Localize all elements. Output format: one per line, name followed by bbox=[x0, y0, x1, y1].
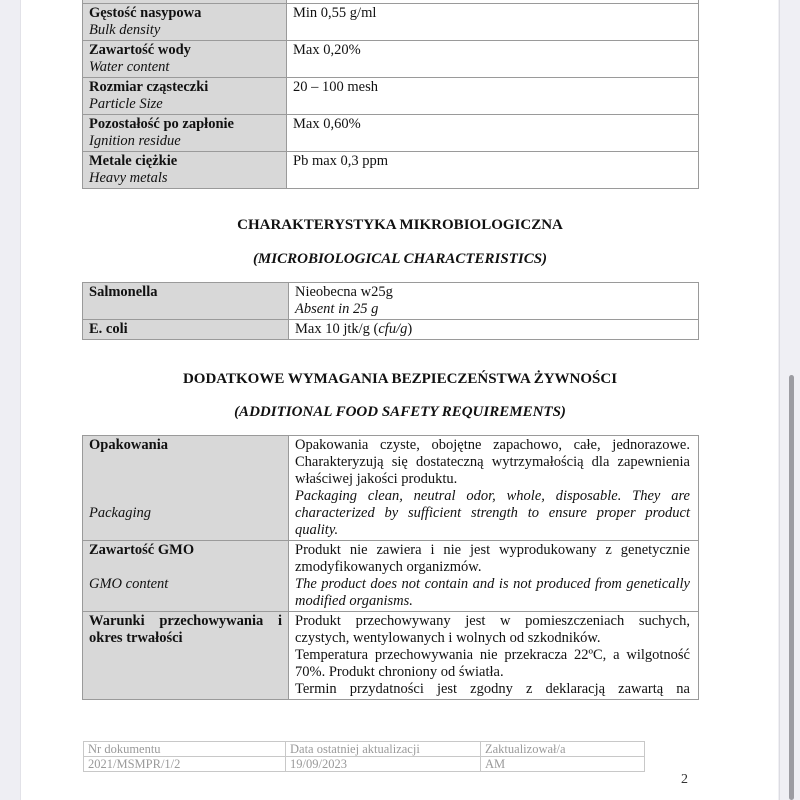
table-row: Metale ciężkie Heavy metals Pb max 0,3 p… bbox=[83, 152, 699, 189]
organism-value-close: ) bbox=[407, 321, 412, 337]
requirement-text-pl-2: Temperatura przechowywania nie przekracz… bbox=[295, 647, 690, 681]
requirement-text-en: Packaging clean, neutral odor, whole, di… bbox=[295, 488, 690, 539]
table-row: E. coli Max 10 jtk/g (cfu/g) bbox=[83, 320, 699, 340]
document-footer-table: Nr dokumentu Data ostatniej aktualizacji… bbox=[83, 741, 645, 772]
organism-value-en: Absent in 25 g bbox=[295, 301, 692, 318]
table-row: Zawartość GMO GMO content Produkt nie za… bbox=[83, 541, 699, 612]
requirement-name-pl: Warunki przechowywania i okres trwałości bbox=[89, 613, 282, 647]
microbiological-table: Salmonella Nieobecna w25g Absent in 25 g… bbox=[82, 282, 699, 340]
property-value: Min 0,55 g/ml bbox=[287, 4, 699, 41]
viewer-left-gutter bbox=[0, 0, 21, 800]
property-label-cell: Pozostałość po zapłonie Ignition residue bbox=[83, 115, 287, 152]
footer-header-doc-number: Nr dokumentu bbox=[84, 742, 286, 757]
requirement-text-cell: Produkt nie zawiera i nie jest wyproduko… bbox=[289, 541, 699, 612]
property-name-pl: Zawartość wody bbox=[89, 42, 280, 59]
requirement-text-cell: Produkt przechowywany jest w pomieszczen… bbox=[289, 612, 699, 700]
table-row: Salmonella Nieobecna w25g Absent in 25 g bbox=[83, 283, 699, 320]
property-name-pl: Rozmiar cząsteczki bbox=[89, 79, 280, 96]
requirement-name-pl: Zawartość GMO bbox=[89, 542, 282, 559]
requirement-text-en: The product does not contain and is not … bbox=[295, 576, 690, 610]
footer-header-last-update: Data ostatniej aktualizacji bbox=[286, 742, 481, 757]
requirement-label-cell: Zawartość GMO GMO content bbox=[83, 541, 289, 612]
property-name-en: Water content bbox=[89, 59, 280, 76]
microbiological-heading: CHARAKTERYSTYKA MIKROBIOLOGICZNA bbox=[0, 217, 800, 234]
vertical-scrollbar-thumb[interactable] bbox=[789, 375, 794, 800]
property-label-cell: Metale ciężkie Heavy metals bbox=[83, 152, 287, 189]
food-safety-table: Opakowania Packaging Opakowania czyste, … bbox=[82, 435, 699, 700]
organism-label: Salmonella bbox=[83, 283, 289, 320]
table-row: Gęstość nasypowa Bulk density Min 0,55 g… bbox=[83, 4, 699, 41]
property-name-en: Ignition residue bbox=[89, 133, 280, 150]
table-row: Zawartość wody Water content Max 0,20% bbox=[83, 41, 699, 78]
table-row: Rozmiar cząsteczki Particle Size 20 – 10… bbox=[83, 78, 699, 115]
requirement-text-pl: Produkt nie zawiera i nie jest wyproduko… bbox=[295, 542, 690, 576]
footer-updated-by: AM bbox=[481, 757, 645, 772]
table-row: Opakowania Packaging Opakowania czyste, … bbox=[83, 436, 699, 541]
requirement-name-en: GMO content bbox=[89, 576, 282, 593]
property-value: Pb max 0,3 ppm bbox=[287, 152, 699, 189]
property-name-pl: Gęstość nasypowa bbox=[89, 5, 280, 22]
requirement-text-cell: Opakowania czyste, obojętne zapachowo, c… bbox=[289, 436, 699, 541]
organism-value-unit-en: cfu/g bbox=[378, 321, 407, 337]
property-name-en: Heavy metals bbox=[89, 170, 280, 187]
property-label-cell: Gęstość nasypowa Bulk density bbox=[83, 4, 287, 41]
organism-value-pl: Nieobecna w25g bbox=[295, 284, 692, 301]
property-name-pl: Metale ciężkie bbox=[89, 153, 280, 170]
footer-header-updated-by: Zaktualizował/a bbox=[481, 742, 645, 757]
organism-value-cell: Nieobecna w25g Absent in 25 g bbox=[289, 283, 699, 320]
property-label-cell: Zawartość wody Water content bbox=[83, 41, 287, 78]
food-safety-subheading: (ADDITIONAL FOOD SAFETY REQUIREMENTS) bbox=[0, 404, 800, 421]
organism-label: E. coli bbox=[83, 320, 289, 340]
organism-value-cell: Max 10 jtk/g (cfu/g) bbox=[289, 320, 699, 340]
footer-value-row: 2021/MSMPR/1/2 19/09/2023 AM bbox=[84, 757, 645, 772]
page-number: 2 bbox=[681, 772, 688, 788]
requirement-name-en: Packaging bbox=[89, 505, 282, 522]
property-name-en: Bulk density bbox=[89, 22, 280, 39]
property-value: 20 – 100 mesh bbox=[287, 78, 699, 115]
property-name-en: Particle Size bbox=[89, 96, 280, 113]
property-name-pl: Pozostałość po zapłonie bbox=[89, 116, 280, 133]
requirement-text-pl-3: Termin przydatności jest zgodny z deklar… bbox=[295, 681, 690, 698]
requirement-text-pl: Opakowania czyste, obojętne zapachowo, c… bbox=[295, 437, 690, 488]
requirement-label-cell: Opakowania Packaging bbox=[83, 436, 289, 541]
requirement-label-cell: Warunki przechowywania i okres trwałości bbox=[83, 612, 289, 700]
table-row: Warunki przechowywania i okres trwałości… bbox=[83, 612, 699, 700]
footer-last-update: 19/09/2023 bbox=[286, 757, 481, 772]
footer-doc-number: 2021/MSMPR/1/2 bbox=[84, 757, 286, 772]
table-row: Pozostałość po zapłonie Ignition residue… bbox=[83, 115, 699, 152]
requirement-name-pl: Opakowania bbox=[89, 437, 282, 454]
organism-value-pl: Max 10 jtk/g ( bbox=[295, 321, 378, 337]
physical-properties-table: Gęstość nasypowa Bulk density Min 0,55 g… bbox=[82, 0, 699, 189]
footer-header-row: Nr dokumentu Data ostatniej aktualizacji… bbox=[84, 742, 645, 757]
property-label-cell: Rozmiar cząsteczki Particle Size bbox=[83, 78, 287, 115]
microbiological-subheading: (MICROBIOLOGICAL CHARACTERISTICS) bbox=[0, 251, 800, 268]
property-value: Max 0,20% bbox=[287, 41, 699, 78]
food-safety-heading: DODATKOWE WYMAGANIA BEZPIECZEŃSTWA ŻYWNO… bbox=[0, 371, 800, 388]
requirement-text-pl-1: Produkt przechowywany jest w pomieszczen… bbox=[295, 613, 690, 647]
property-value: Max 0,60% bbox=[287, 115, 699, 152]
